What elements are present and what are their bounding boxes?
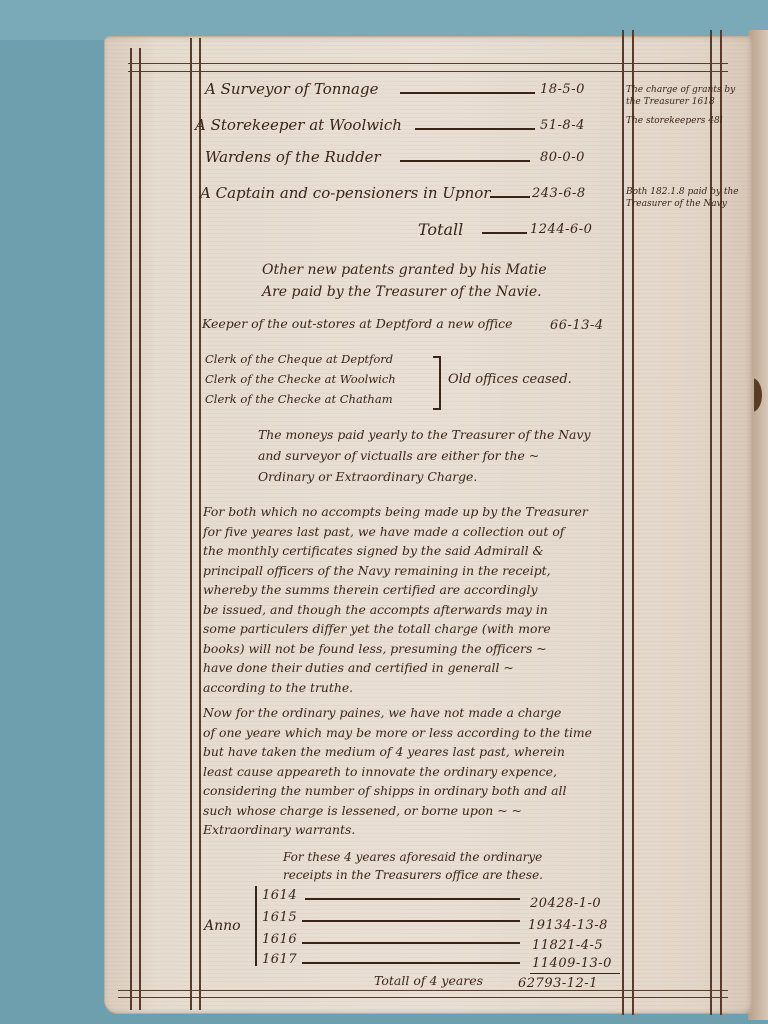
heading-new-patents-2: Are paid by the Treasurer of the Navie.: [262, 284, 542, 300]
amount-1616: 11821-4-5: [532, 938, 603, 953]
salary-label-1: A Surveyor of Tonnage: [205, 80, 378, 98]
salary-label-3: Wardens of the Rudder: [205, 148, 381, 166]
leader-line: [302, 920, 520, 922]
text-line: according to the truthe.: [203, 678, 588, 698]
paragraph-both: For both which no accompts being made up…: [203, 502, 588, 697]
text-line: whereby the summs therein certified are …: [203, 580, 588, 600]
rule-margin-a: [622, 30, 624, 1015]
year-1616: 1616: [262, 932, 297, 947]
rule-left-inner: [139, 48, 141, 1010]
clerk-deptford: Clerk of the Cheque at Deptford: [205, 352, 393, 366]
salary-amount-2: 51-8-4: [540, 118, 585, 133]
year-1617: 1617: [262, 952, 297, 967]
text-line: such whose charge is lessened, or borne …: [203, 801, 592, 821]
text-line: least cause appeareth to innovate the or…: [203, 762, 592, 782]
text-line: Ordinary or Extraordinary Charge.: [258, 466, 590, 487]
clerk-woolwich: Clerk of the Checke at Woolwich: [205, 372, 396, 386]
paragraph-ordinary: Now for the ordinary paines, we have not…: [203, 703, 592, 840]
leader-line: [302, 942, 520, 944]
rule-bottom-b: [118, 997, 728, 998]
text-line: but have taken the medium of 4 yeares la…: [203, 742, 592, 762]
total-amount: 1244-6-0: [530, 222, 592, 237]
rule-bottom-a: [118, 990, 728, 991]
amount-1617: 11409-13-0: [532, 956, 612, 971]
text-line: principall officers of the Navy remainin…: [203, 561, 588, 581]
rule-right-b: [720, 30, 722, 1015]
amount-1615: 19134-13-8: [528, 918, 608, 933]
salary-label-2: A Storekeeper at Woolwich: [195, 116, 402, 134]
margin-note-3: Both 182.1.8 paid by the Treasurer of th…: [626, 186, 741, 210]
salary-amount-4: 243-6-8: [532, 186, 586, 201]
text-line: For these 4 yeares aforesaid the ordinar…: [283, 848, 543, 866]
clerks-bracket: [433, 356, 441, 410]
margin-note-2: The storekeepers 48l: [626, 115, 723, 127]
text-line: of one yeare which may be more or less a…: [203, 723, 592, 743]
year-1614: 1614: [262, 888, 297, 903]
leader-line: [400, 92, 535, 94]
heading-four-years: For these 4 yeares aforesaid the ordinar…: [283, 848, 543, 884]
text-line: considering the number of shipps in ordi…: [203, 781, 592, 801]
text-line: be issued, and though the accompts after…: [203, 600, 588, 620]
keeper-amount: 66-13-4: [550, 318, 604, 333]
year-1615: 1615: [262, 910, 297, 925]
paragraph-moneys: The moneys paid yearly to the Treasurer …: [258, 424, 590, 487]
leader-line: [415, 128, 535, 130]
heading-new-patents-1: Other new patents granted by his Matie: [262, 262, 547, 278]
keeper-label: Keeper of the out-stores at Deptford a n…: [202, 316, 513, 331]
backdrop-top: [0, 0, 768, 40]
text-line: books) will not be found less, presuming…: [203, 639, 588, 659]
text-line: receipts in the Treasurers office are th…: [283, 866, 543, 884]
rule-text-left-a: [190, 38, 192, 1010]
anno-label: Anno: [204, 918, 241, 934]
text-line: and surveyor of victualls are either for…: [258, 445, 590, 466]
rule-margin-b: [632, 30, 634, 1015]
text-line: For both which no accompts being made up…: [203, 502, 588, 522]
grand-total-amount: 62793-12-1: [518, 976, 598, 991]
rule-right-a: [710, 30, 712, 1015]
leader-line: [305, 898, 520, 900]
text-line: Now for the ordinary paines, we have not…: [203, 703, 592, 723]
anno-brace: [255, 886, 257, 966]
clerks-note: Old offices ceased.: [448, 372, 572, 387]
text-line: some particulers differ yet the totall c…: [203, 619, 588, 639]
salary-amount-3: 80-0-0: [540, 150, 585, 165]
rule-top-a: [128, 63, 728, 64]
text-line: Extraordinary warrants.: [203, 820, 592, 840]
text-line: The moneys paid yearly to the Treasurer …: [258, 424, 590, 445]
margin-note-1: The charge of grants by the Treasurer 16…: [626, 84, 736, 108]
rule-top-b: [128, 71, 728, 72]
salary-label-4: A Captain and co-pensioners in Upnor: [200, 184, 490, 202]
text-line: have done their duties and certified in …: [203, 658, 588, 678]
clerk-chatham: Clerk of the Checke at Chatham: [205, 392, 393, 406]
amount-1614: 20428-1-0: [530, 896, 601, 911]
leader-line: [482, 232, 527, 234]
leader-line: [490, 196, 530, 198]
salary-amount-1: 18-5-0: [540, 82, 585, 97]
text-line: the monthly certificates signed by the s…: [203, 541, 588, 561]
rule-left-outer: [130, 48, 132, 1010]
leader-line: [400, 160, 530, 162]
total-label: Totall: [418, 220, 463, 239]
leader-line: [302, 962, 520, 964]
grand-total-label: Totall of 4 yeares: [374, 973, 483, 988]
text-line: for five yeares last past, we have made …: [203, 522, 588, 542]
sum-underline: [530, 973, 620, 974]
